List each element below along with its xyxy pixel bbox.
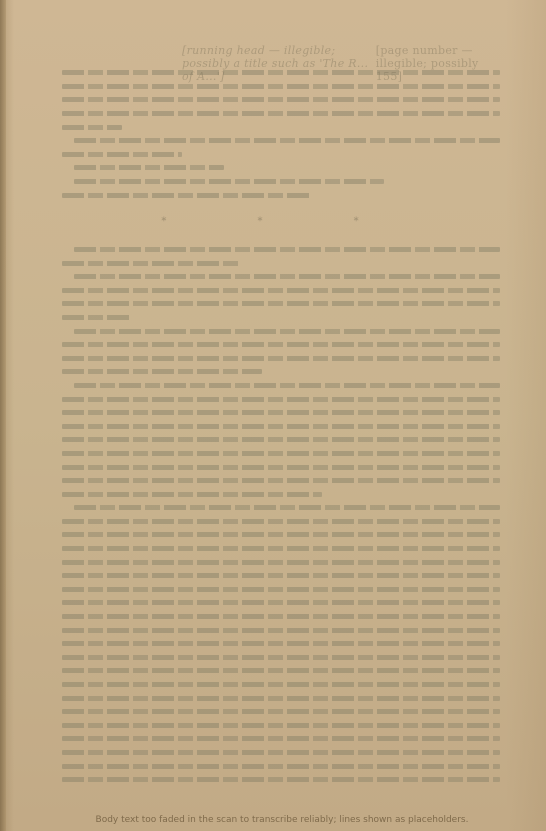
text-line [62, 610, 502, 624]
text-line [62, 297, 502, 311]
text-line [62, 474, 502, 488]
text-line [62, 569, 502, 583]
text-line [62, 311, 502, 325]
text-line [62, 501, 502, 515]
text-line [62, 243, 502, 257]
text-line [62, 379, 502, 393]
scanned-book-page: [running head — illegible; possibly a ti… [0, 0, 546, 831]
legibility-note: Body text too faded in the scan to trans… [62, 815, 502, 825]
text-line [62, 351, 502, 365]
text-line [62, 542, 502, 556]
text-line [62, 759, 502, 773]
text-line [62, 637, 502, 651]
section-break: * * * [62, 216, 502, 230]
text-line [62, 651, 502, 665]
text-line [62, 623, 502, 637]
text-line [62, 773, 502, 787]
page-edge-shadow [506, 0, 546, 831]
page-number: [page number — illegible; possibly 155] [376, 44, 492, 83]
text-line [62, 732, 502, 746]
text-line [62, 365, 502, 379]
text-line [62, 705, 502, 719]
text-line [62, 719, 502, 733]
page-spine-edge [0, 0, 6, 831]
text-line [62, 487, 502, 501]
text-line [62, 188, 502, 202]
text-line [62, 691, 502, 705]
text-line [62, 528, 502, 542]
text-line [62, 134, 502, 148]
text-line [62, 107, 502, 121]
paragraph-2 [62, 175, 502, 216]
text-block: [running head — illegible; possibly a ti… [62, 44, 502, 786]
text-line [62, 555, 502, 569]
text-line [62, 93, 502, 107]
running-head-title: [running head — illegible; possibly a ti… [182, 44, 376, 83]
text-line [62, 175, 502, 189]
text-line [62, 583, 502, 597]
text-line [62, 596, 502, 610]
running-head: [running head — illegible; possibly a ti… [62, 44, 502, 66]
text-line [62, 515, 502, 529]
text-line [62, 678, 502, 692]
text-line [62, 148, 502, 162]
paragraph-3 [62, 229, 502, 786]
text-line [62, 447, 502, 461]
text-line [62, 161, 502, 175]
text-line [62, 202, 502, 216]
text-line [62, 419, 502, 433]
text-line [62, 664, 502, 678]
text-line [62, 270, 502, 284]
text-line [62, 120, 502, 134]
text-line [62, 746, 502, 760]
text-line [62, 433, 502, 447]
text-line [62, 406, 502, 420]
text-line [62, 324, 502, 338]
text-line [62, 460, 502, 474]
text-line [62, 338, 502, 352]
text-line [62, 392, 502, 406]
text-line [62, 229, 502, 243]
text-line [62, 284, 502, 298]
text-line [62, 256, 502, 270]
